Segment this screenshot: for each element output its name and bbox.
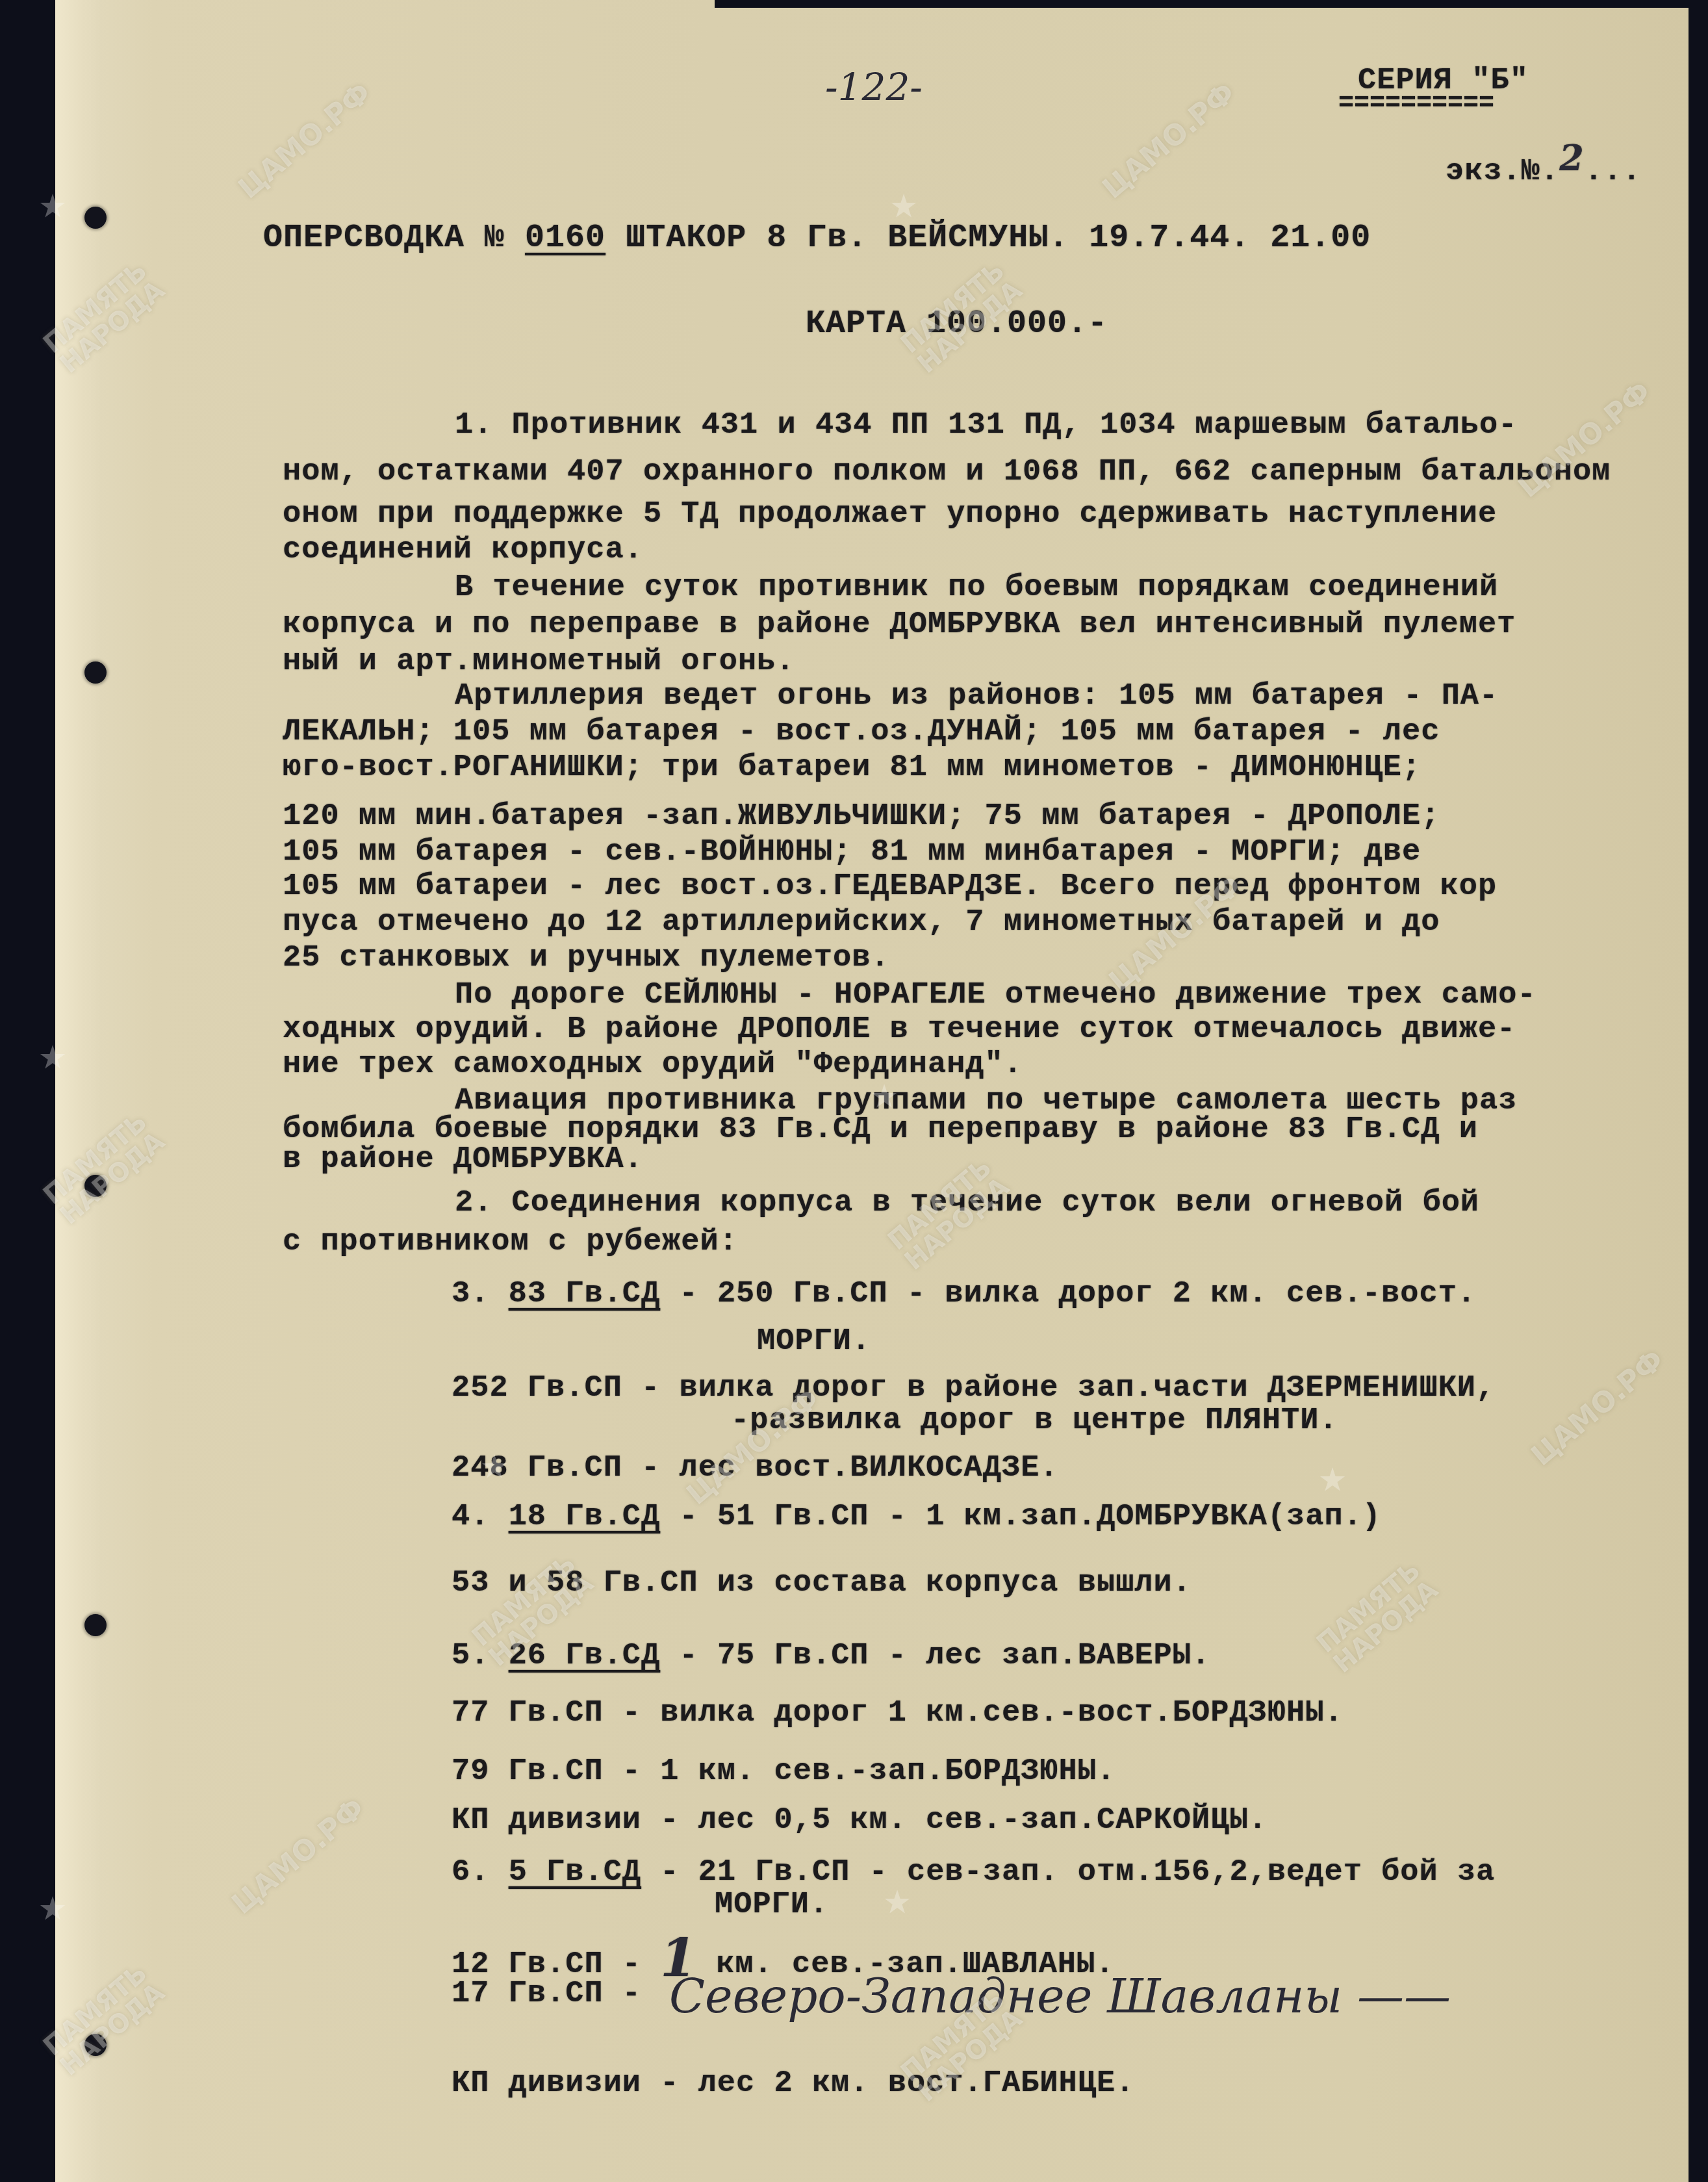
punch-hole bbox=[84, 2034, 107, 2056]
section1-line: ном, остатками 407 охранного полком и 10… bbox=[283, 455, 1611, 489]
regiment-line: 79 Гв.СП - 1 км. сев.-зап.БОРДЗЮНЫ. bbox=[452, 1754, 1115, 1789]
section1-line: 105 мм батарея - сев.-ВОЙНЮНЫ; 81 мм мин… bbox=[283, 835, 1421, 869]
regiment-line: КП дивизии - лес 0,5 км. сев.-зап.САРКОЙ… bbox=[452, 1803, 1268, 1838]
document-title: ОПЕРСВОДКА № 0160 ШТАКОР 8 Гв. ВЕЙСМУНЫ.… bbox=[263, 220, 1371, 257]
regiment-line: 53 и 58 Гв.СП из состава корпуса вышли. bbox=[452, 1566, 1192, 1600]
section1-line: Артиллерия ведет огонь из районов: 105 м… bbox=[455, 679, 1498, 713]
division-number: 3. bbox=[452, 1277, 489, 1311]
title-number: 0160 bbox=[525, 220, 605, 257]
section1-line: По дороге СЕЙЛЮНЫ - НОРАГЕЛЕ отмечено дв… bbox=[455, 978, 1536, 1012]
section1-line: в районе ДОМБРУВКА. bbox=[283, 1142, 643, 1177]
section2-intro: с противником с рубежей: bbox=[283, 1225, 738, 1259]
scan-border-top bbox=[715, 0, 1708, 8]
division-number: 5. bbox=[452, 1639, 489, 1673]
section1-line: ЛЕКАЛЬН; 105 мм батарея - вост.оз.ДУНАЙ;… bbox=[283, 715, 1440, 749]
punch-hole bbox=[84, 661, 107, 684]
section1-line: 120 мм мин.батарея -зап.ЖИВУЛЬЧИШКИ; 75 … bbox=[283, 799, 1440, 834]
section1-line: юго-вост.РОГАНИШКИ; три батареи 81 мм ми… bbox=[283, 751, 1421, 785]
punch-hole bbox=[84, 207, 107, 229]
division-entry: 6. 5 Гв.СД - 21 Гв.СП - сев-зап. отм.156… bbox=[452, 1855, 1495, 1890]
division-name: 5 Гв.СД bbox=[509, 1855, 641, 1890]
section1-line: корпуса и по переправе в районе ДОМБРУВК… bbox=[283, 608, 1516, 642]
section1-line: пуса отмечено до 12 артиллерийских, 7 ми… bbox=[283, 905, 1440, 940]
division-number: 6. bbox=[452, 1855, 489, 1890]
copy-number-value: 2 bbox=[1559, 137, 1585, 179]
division-name: 26 Гв.СД bbox=[509, 1639, 661, 1673]
handwritten-correction: Северо-Западнее Шавланы —— bbox=[669, 1969, 1451, 2023]
title-suffix: ШТАКОР 8 Гв. ВЕЙСМУНЫ. 19.7.44. 21.00 bbox=[626, 220, 1371, 257]
division-entry: 5. 26 Гв.СД - 75 Гв.СП - лес зап.ВАВЕРЫ. bbox=[452, 1639, 1210, 1673]
page-number: -122- bbox=[825, 65, 923, 109]
regiment-line: - 75 Гв.СП - лес зап.ВАВЕРЫ. bbox=[680, 1639, 1211, 1673]
regiment-line: - 250 Гв.СП - вилка дорог 2 км. сев.-вос… bbox=[680, 1277, 1477, 1311]
regiment-line: - 21 Гв.СП - сев-зап. отм.156,2,ведет бо… bbox=[660, 1855, 1495, 1890]
regiment-line: 17 Гв.СП - bbox=[452, 1977, 641, 2011]
regiment-line: МОРГИ. bbox=[757, 1324, 871, 1359]
section1-line: 1. Противник 431 и 434 ПП 131 ПД, 1034 м… bbox=[455, 408, 1517, 443]
division-name: 18 Гв.СД bbox=[509, 1500, 661, 1534]
regiment-line: 248 Гв.СП - лес вост.ВИЛКОСАДЗЕ. bbox=[452, 1451, 1059, 1485]
division-name: 83 Гв.СД bbox=[509, 1277, 661, 1311]
regiment-line: МОРГИ. bbox=[715, 1888, 828, 1922]
paper-fold-edge bbox=[55, 0, 101, 2182]
section1-line: 105 мм батареи - лес вост.оз.ГЕДЕВАРДЗЕ.… bbox=[283, 869, 1497, 904]
section2-intro: 2. Соединения корпуса в течение суток ве… bbox=[455, 1186, 1479, 1220]
division-entry: 4. 18 Гв.СД - 51 Гв.СП - 1 км.зап.ДОМБРУ… bbox=[452, 1500, 1381, 1534]
section1-line: соединений корпуса. bbox=[283, 533, 643, 567]
regiment-line: КП дивизии - лес 2 км. вост.ГАБИНЦЕ. bbox=[452, 2066, 1134, 2101]
section1-line: оном при поддержке 5 ТД продолжает упорн… bbox=[283, 497, 1497, 532]
division-entry: 3. 83 Гв.СД - 250 Гв.СП - вилка дорог 2 … bbox=[452, 1277, 1476, 1311]
series-underline: ========== bbox=[1338, 90, 1494, 119]
scan-border-right bbox=[1689, 0, 1708, 2182]
section1-line: ходных орудий. В районе ДРОПОЛЕ в течени… bbox=[283, 1012, 1516, 1047]
title-prefix: ОПЕРСВОДКА № bbox=[263, 220, 505, 257]
section1-line: В течение суток противник по боевым поря… bbox=[455, 571, 1498, 605]
punch-hole bbox=[84, 1614, 107, 1636]
map-scale: КАРТА 100.000.- bbox=[806, 305, 1108, 342]
section1-line: ный и арт.минометный огонь. bbox=[283, 645, 795, 679]
copy-number: экз.№.2... bbox=[1446, 146, 1641, 189]
regiment-line: 77 Гв.СП - вилка дорог 1 км.сев.-вост.БО… bbox=[452, 1696, 1344, 1730]
regiment-line: - 51 Гв.СП - 1 км.зап.ДОМБРУВКА(зап.) bbox=[680, 1500, 1382, 1534]
division-number: 4. bbox=[452, 1500, 489, 1534]
section1-line: ние трех самоходных орудий "Фердинанд". bbox=[283, 1047, 1023, 1082]
regiment-line: -развилка дорог в центре ПЛЯНТИ. bbox=[731, 1404, 1338, 1438]
regiment-line: 252 Гв.СП - вилка дорог в районе зап.час… bbox=[452, 1371, 1495, 1405]
copy-number-label: экз.№. bbox=[1446, 155, 1559, 189]
copy-number-suffix: ... bbox=[1585, 155, 1642, 189]
section1-line: 25 станковых и ручных пулеметов. bbox=[283, 941, 890, 975]
punch-hole bbox=[84, 1175, 107, 1197]
